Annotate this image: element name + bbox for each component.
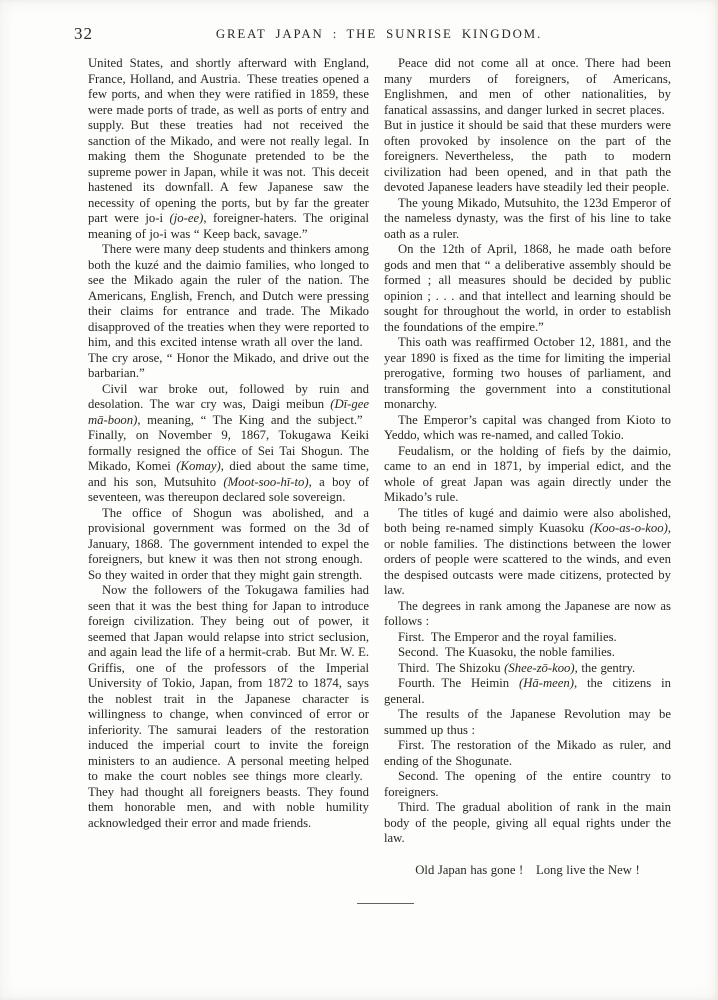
paragraph: United States, and shortly afterward wit… — [88, 56, 369, 242]
body-text: Civil war broke out, followed by ruin an… — [88, 382, 369, 412]
paragraph: Fourth. The Heimin (Hā-meen), the citize… — [384, 676, 671, 707]
body-text: This oath was reaffirmed October 12, 188… — [384, 335, 671, 411]
paragraph: There were many deep students and thinke… — [88, 242, 369, 382]
body-text: United States, and shortly afterward wit… — [88, 56, 369, 225]
running-head-title: GREAT JAPAN : THE SUNRISE KINGDOM. — [88, 24, 670, 42]
page-header: 32 GREAT JAPAN : THE SUNRISE KINGDOM. — [0, 24, 718, 44]
body-text: First. The restoration of the Mikado as … — [384, 738, 671, 768]
paragraph: Second. The Kuasoku, the noble families. — [384, 645, 671, 661]
body-text: Third. The Shizoku — [398, 661, 504, 675]
paragraph: Peace did not come all at once. There ha… — [384, 56, 671, 196]
text-columns: United States, and shortly afterward wit… — [88, 56, 671, 878]
pronunciation-italic: (Moot-soo-hī-to) — [223, 475, 308, 489]
body-text: First. The Emperor and the royal familie… — [398, 630, 617, 644]
body-text: Fourth. The Heimin — [398, 676, 519, 690]
paragraph: Now the followers of the Tokugawa famili… — [88, 583, 369, 831]
paragraph: The Emperor’s capital was changed from K… — [384, 413, 671, 444]
paragraph: This oath was reaffirmed October 12, 188… — [384, 335, 671, 413]
body-text: Second. The opening of the entire countr… — [384, 769, 671, 799]
body-text: , the gentry. — [575, 661, 636, 675]
paragraph: The young Mikado, Mutsuhito, the 123d Em… — [384, 196, 671, 243]
pronunciation-italic: (jo-ee) — [170, 211, 204, 225]
body-text: Feudalism, or the holding of fiefs by th… — [384, 444, 671, 505]
paragraph: First. The Emperor and the royal familie… — [384, 630, 671, 646]
pronunciation-italic: (Shee-zō-koo) — [504, 661, 574, 675]
book-page: 32 GREAT JAPAN : THE SUNRISE KINGDOM. Un… — [0, 0, 718, 1000]
paragraph: Third. The gradual abolition of rank in … — [384, 800, 671, 847]
paragraph: Second. The opening of the entire countr… — [384, 769, 671, 800]
body-text: Peace did not come all at once. There ha… — [384, 56, 671, 194]
paragraph: Old Japan has gone ! Long live the New ! — [384, 863, 671, 879]
body-text: The office of Shogun was abolished, and … — [88, 506, 369, 582]
body-text: There were many deep students and thinke… — [88, 242, 369, 380]
paragraph: The titles of kugé and daimio were also … — [384, 506, 671, 599]
body-text: The young Mikado, Mutsuhito, the 123d Em… — [384, 196, 671, 241]
pronunciation-italic: (Hā-meen) — [519, 676, 574, 690]
page-number: 32 — [74, 24, 93, 44]
paragraph: The results of the Japanese Revolution m… — [384, 707, 671, 738]
paragraph: On the 12th of April, 1868, he made oath… — [384, 242, 671, 335]
body-text: The Emperor’s capital was changed from K… — [384, 413, 671, 443]
body-text: Second. The Kuasoku, the noble families. — [398, 645, 615, 659]
left-column: United States, and shortly afterward wit… — [88, 56, 369, 878]
body-text: On the 12th of April, 1868, he made oath… — [384, 242, 671, 334]
section-divider-rule — [357, 903, 414, 904]
paragraph: Third. The Shizoku (Shee-zō-koo), the ge… — [384, 661, 671, 677]
pronunciation-italic: (Koo-as-o-koo) — [590, 521, 668, 535]
body-text: Third. The gradual abolition of rank in … — [384, 800, 671, 845]
body-text: The results of the Japanese Revolution m… — [384, 707, 671, 737]
body-text: Old Japan has gone ! Long live the New ! — [415, 863, 639, 877]
body-text: The degrees in rank among the Japanese a… — [384, 599, 671, 629]
paragraph: First. The restoration of the Mikado as … — [384, 738, 671, 769]
right-column: Peace did not come all at once. There ha… — [384, 56, 671, 878]
paragraph: Civil war broke out, followed by ruin an… — [88, 382, 369, 506]
pronunciation-italic: (Komay) — [176, 459, 220, 473]
paragraph: The degrees in rank among the Japanese a… — [384, 599, 671, 630]
paragraph: The office of Shogun was abolished, and … — [88, 506, 369, 584]
body-text: Now the followers of the Tokugawa famili… — [88, 583, 369, 830]
paragraph: Feudalism, or the holding of fiefs by th… — [384, 444, 671, 506]
